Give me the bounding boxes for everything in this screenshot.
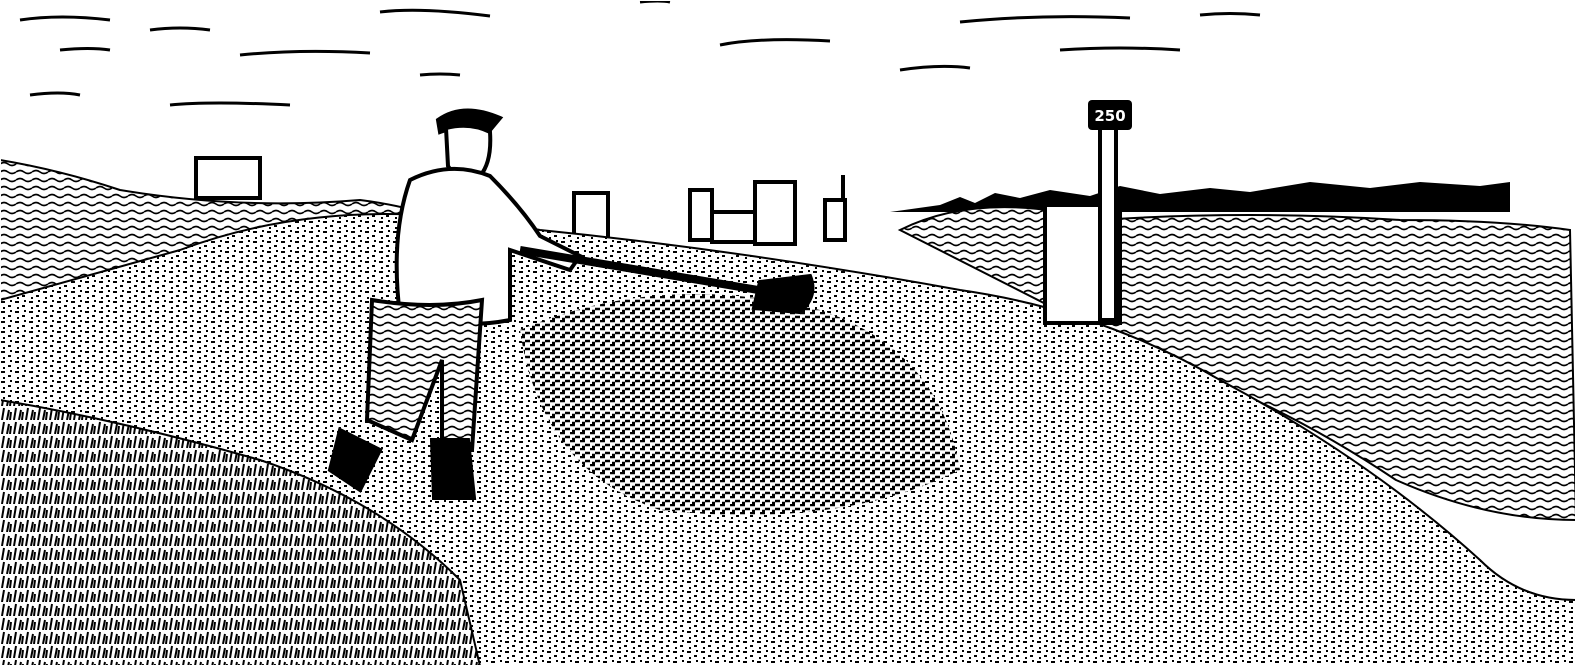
marker-label: 250 <box>1094 107 1125 125</box>
engraving-illustration: 250 <box>0 0 1576 666</box>
survey-marker: 250 <box>1045 100 1132 323</box>
sky-clouds <box>20 1 1260 105</box>
shovel-blade <box>754 276 812 312</box>
